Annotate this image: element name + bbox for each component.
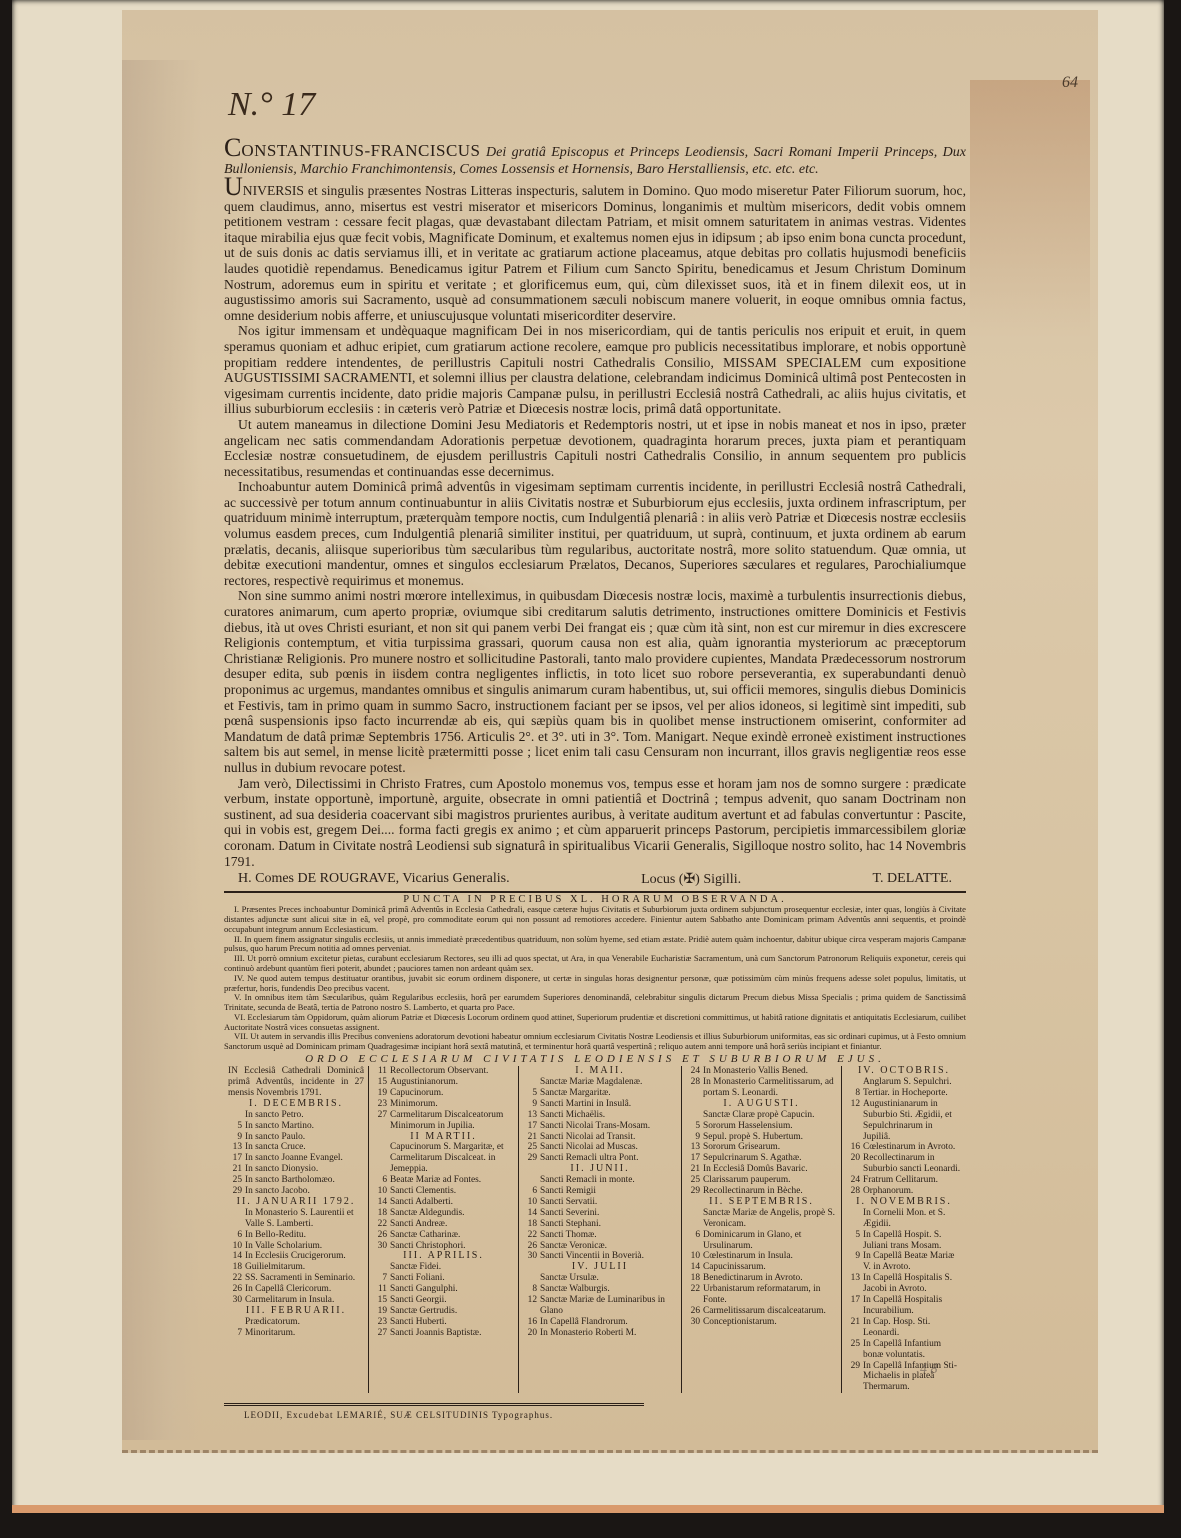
entry-church: In Monasterio Roberti M.: [540, 1328, 677, 1339]
church-entry: 25Clarissarum pauperum.: [686, 1175, 837, 1186]
church-entry: 21In sancto Dionysio.: [228, 1164, 364, 1175]
church-entry: 30Conceptionistarum.: [686, 1317, 837, 1328]
entry-day: 17: [846, 1295, 863, 1317]
entry-day: 27: [373, 1110, 390, 1132]
church-entry: In Cornelii Mon. et S. Ægidii.: [846, 1208, 962, 1230]
handwritten-number: N.° 17: [228, 86, 315, 124]
entry-church: In sancto Dionysio.: [245, 1164, 364, 1175]
entry-day: 10: [686, 1251, 703, 1262]
church-entry: Sanctæ Fidei.: [373, 1262, 514, 1273]
entry-day: 21: [523, 1132, 540, 1143]
month-heading: III. FEBRUARII.: [228, 1306, 364, 1317]
church-entry: 17In Capellâ Hospitalis Incurabilium.: [846, 1295, 962, 1317]
church-entry: 18Sanctæ Aldegundis.: [373, 1208, 514, 1219]
imprint: LEODII, Excudebat LEMARIÉ, SUÆ CELSITUDI…: [244, 1410, 966, 1420]
entry-church: Augustinianarum in Suburbio Sti. Ægidii,…: [863, 1099, 962, 1143]
church-entry: 18Sancti Stephani.: [523, 1219, 677, 1230]
church-entry: 6Sancti Remigii: [523, 1186, 677, 1197]
church-entry: 5In sancto Martino.: [228, 1121, 364, 1132]
entry-day: 29: [846, 1361, 863, 1394]
entry-church: Sancti Martini in Insulâ.: [540, 1099, 677, 1110]
puncta-item: I. Præsentes Preces inchoabuntur Dominic…: [224, 905, 966, 934]
entry-day: 9: [523, 1099, 540, 1110]
entry-day: 9: [228, 1132, 245, 1143]
church-entry: 5Sanctæ Margaritæ.: [523, 1088, 677, 1099]
entry-church: In Capellâ Infantium bonæ voluntatis.: [863, 1339, 962, 1361]
church-entry: Sanctæ Mariæ de Angelis, propè S. Veroni…: [686, 1208, 837, 1230]
entry-church: Sancti Michaëlis.: [540, 1110, 677, 1121]
entry-church: Recollectorum Observant.: [390, 1066, 514, 1077]
entry-day: 30: [523, 1251, 540, 1262]
entry-church: Minoritarum.: [245, 1328, 364, 1339]
entry-church: Capucinissarum.: [703, 1262, 837, 1273]
entry-day: [686, 1208, 703, 1230]
entry-church: Sanctæ Gertrudis.: [390, 1306, 514, 1317]
entry-church: Sancti Huberti.: [390, 1317, 514, 1328]
puncta-item: IV. Ne quod autem tempus destituatur ora…: [224, 974, 966, 994]
entry-day: 25: [228, 1175, 245, 1186]
church-entry: 15Sancti Georgii.: [373, 1295, 514, 1306]
body-paragraph: Inchoabuntur autem Dominicâ primâ advent…: [224, 479, 966, 588]
entry-day: 11: [373, 1284, 390, 1295]
entry-church: Sanctæ Catharinæ.: [390, 1230, 514, 1241]
body-paragraph: Ut autem maneamus in dilectione Domini J…: [224, 417, 966, 479]
entry-day: 15: [373, 1077, 390, 1088]
church-entry: 26Sanctæ Catharinæ.: [373, 1230, 514, 1241]
entry-church: Sanctæ Mariæ de Angelis, propè S. Veroni…: [703, 1208, 837, 1230]
entry-church: In Cornelii Mon. et S. Ægidii.: [863, 1208, 962, 1230]
entry-church: Carmelitarum Discalceatorum Minimorum in…: [390, 1110, 514, 1132]
church-entry: 23Minimorum.: [373, 1099, 514, 1110]
church-entry: 22SS. Sacramenti in Seminario.: [228, 1273, 364, 1284]
entry-church: Sancti Remacli in monte.: [540, 1175, 677, 1186]
entry-day: 8: [523, 1284, 540, 1295]
entry-church: Sancti Servatii.: [540, 1197, 677, 1208]
entry-church: Sororum Grisearum.: [703, 1142, 837, 1153]
entry-day: 26: [228, 1284, 245, 1295]
church-entry: 13Sororum Grisearum.: [686, 1142, 837, 1153]
entry-day: 20: [846, 1153, 863, 1175]
entry-church: Sanctæ Mariæ de Luminaribus in Glano: [540, 1295, 677, 1317]
church-entry: Capucinorum S. Margaritæ, et Carmelitaru…: [373, 1142, 514, 1175]
church-entry: 26In Capellâ Clericorum.: [228, 1284, 364, 1295]
entry-church: Prædicatorum.: [245, 1317, 364, 1328]
church-entry: 11Sancti Gangulphi.: [373, 1284, 514, 1295]
page-number: 64: [1062, 74, 1078, 92]
ordo-column: IN Ecclesiâ Cathedrali Dominicâ primâ Ad…: [224, 1066, 369, 1393]
entry-church: Sanctæ Mariæ Magdalenæ.: [540, 1077, 677, 1088]
body-paragraph: Non sine summo animi nostri mœrore intel…: [224, 588, 966, 775]
entry-church: Capucinorum.: [390, 1088, 514, 1099]
entry-church: In sancto Martino.: [245, 1121, 364, 1132]
body-text: UNIVERSIS et singulis præsentes Nostras …: [224, 182, 966, 869]
entry-church: Sanctæ Aldegundis.: [390, 1208, 514, 1219]
church-entry: 9In Capellâ Beatæ Mariæ V. in Avroto.: [846, 1251, 962, 1273]
church-entry: 10Cœlestinarum in Insula.: [686, 1251, 837, 1262]
entry-church: Sancti Nicolai ad Transit.: [540, 1132, 677, 1143]
entry-church: In Capellâ Beatæ Mariæ V. in Avroto.: [863, 1251, 962, 1273]
church-entry: Prædicatorum.: [228, 1317, 364, 1328]
church-entry: 20In Monasterio Roberti M.: [523, 1328, 677, 1339]
church-entry: 10In Valle Scholarium.: [228, 1241, 364, 1252]
church-entry: 25In Capellâ Infantium bonæ voluntatis.: [846, 1339, 962, 1361]
month-heading: I. AUGUSTI.: [686, 1099, 837, 1110]
entry-church: Sancti Andreæ.: [390, 1219, 514, 1230]
entry-day: 24: [686, 1066, 703, 1077]
entry-church: Sanctæ Claræ propè Capucin.: [703, 1110, 837, 1121]
church-entry: 12Sanctæ Mariæ de Luminaribus in Glano: [523, 1295, 677, 1317]
entry-church: Dominicarum in Glano, et Ursulinarum.: [703, 1230, 837, 1252]
entry-day: [523, 1273, 540, 1284]
church-entry: 10Sancti Clementis.: [373, 1186, 514, 1197]
church-entry: 24In Monasterio Vallis Bened.: [686, 1066, 837, 1077]
ordo-column: I. MAII.Sanctæ Mariæ Magdalenæ.5Sanctæ M…: [519, 1066, 682, 1393]
entry-day: 5: [523, 1088, 540, 1099]
entry-church: In Capellâ Clericorum.: [245, 1284, 364, 1295]
month-heading: III. APRILIS.: [373, 1251, 514, 1262]
church-entry: 11Recollectorum Observant.: [373, 1066, 514, 1077]
divider-rule: [224, 891, 966, 893]
church-entry: 21In Cap. Hosp. Sti. Leonardi.: [846, 1317, 962, 1339]
entry-day: 20: [523, 1328, 540, 1339]
entry-day: 30: [373, 1241, 390, 1252]
entry-church: In Capellâ Hospitalis S. Jacobi in Avrot…: [863, 1273, 962, 1295]
entry-day: 22: [373, 1219, 390, 1230]
church-entry: 13In sancta Cruce.: [228, 1142, 364, 1153]
church-entry: 26Carmelitissarum discalceatarum.: [686, 1306, 837, 1317]
entry-day: 12: [523, 1295, 540, 1317]
church-entry: 13In Capellâ Hospitalis S. Jacobi in Avr…: [846, 1273, 962, 1295]
church-entry: 21In Ecclesiâ Domûs Bavaric.: [686, 1164, 837, 1175]
entry-day: 18: [523, 1219, 540, 1230]
church-entry: 18Guilielmitarum.: [228, 1262, 364, 1273]
church-entry: 22Sancti Andreæ.: [373, 1219, 514, 1230]
entry-day: 18: [373, 1208, 390, 1219]
entry-church: In sancto Bartholomæo.: [245, 1175, 364, 1186]
church-entry: 22Sancti Thomæ.: [523, 1230, 677, 1241]
drop-initial: U: [224, 172, 243, 201]
ordo-intro: IN Ecclesiâ Cathedrali Dominicâ primâ Ad…: [228, 1066, 364, 1099]
church-entry: 23Sancti Huberti.: [373, 1317, 514, 1328]
entry-church: Beatæ Mariæ ad Fontes.: [390, 1175, 514, 1186]
church-entry: 17Sepulcrinarum S. Agathæ.: [686, 1153, 837, 1164]
entry-church: In Ecclesiis Crucigerorum.: [245, 1251, 364, 1262]
entry-church: Sanctæ Fidei.: [390, 1262, 514, 1273]
church-entry: 19Sanctæ Gertrudis.: [373, 1306, 514, 1317]
entry-day: 25: [686, 1175, 703, 1186]
church-entry: 26Sanctæ Veronicæ.: [523, 1241, 677, 1252]
church-entry: Sanctæ Mariæ Magdalenæ.: [523, 1077, 677, 1088]
entry-day: 15: [373, 1295, 390, 1306]
entry-church: Sororum Hasselensium.: [703, 1121, 837, 1132]
entry-day: 9: [686, 1132, 703, 1143]
entry-church: Sancti Gangulphi.: [390, 1284, 514, 1295]
entry-church: Sanctæ Walburgis.: [540, 1284, 677, 1295]
entry-day: 6: [523, 1186, 540, 1197]
ordo-schedule: IN Ecclesiâ Cathedrali Dominicâ primâ Ad…: [224, 1066, 966, 1393]
entry-day: 22: [228, 1273, 245, 1284]
puncta-item: VI. Ecclesiarum tàm Oppidorum, quàm alio…: [224, 1013, 966, 1033]
entry-day: 21: [228, 1164, 245, 1175]
body-paragraph: Nos igitur immensam et undèquaque magnif…: [224, 323, 966, 417]
entry-church: Sepulcrinarum S. Agathæ.: [703, 1153, 837, 1164]
ordo-column: 24In Monasterio Vallis Bened.28In Monast…: [682, 1066, 842, 1393]
entry-church: SS. Sacramenti in Seminario.: [245, 1273, 364, 1284]
church-entry: 19Capucinorum.: [373, 1088, 514, 1099]
church-entry: 7Sancti Foliani.: [373, 1273, 514, 1284]
entry-day: 7: [228, 1328, 245, 1339]
church-entry: 17Sancti Nicolai Trans-Mosam.: [523, 1121, 677, 1132]
entry-day: 18: [228, 1262, 245, 1273]
entry-day: 23: [373, 1317, 390, 1328]
entry-church: Sancti Severini.: [540, 1208, 677, 1219]
entry-church: In Cap. Hosp. Sti. Leonardi.: [863, 1317, 962, 1339]
signature-secretary: T. DELATTE.: [873, 871, 952, 888]
entry-day: 17: [686, 1153, 703, 1164]
heading: CONSTANTINUS-FRANCISCUS Dei gratiâ Episc…: [224, 140, 966, 178]
entry-church: Minimorum.: [390, 1099, 514, 1110]
entry-day: 13: [846, 1273, 863, 1295]
church-entry: 27Sancti Joannis Baptistæ.: [373, 1328, 514, 1339]
entry-day: 27: [373, 1328, 390, 1339]
entry-church: Sanctæ Margaritæ.: [540, 1088, 677, 1099]
entry-church: In Capellâ Hospit. S. Juliani trans Mosa…: [863, 1230, 962, 1252]
entry-church: Sepul. propè S. Hubertum.: [703, 1132, 837, 1143]
entry-day: 13: [228, 1142, 245, 1153]
church-entry: In Monasterio S. Laurentii et Valle S. L…: [228, 1208, 364, 1230]
entry-day: 11: [373, 1066, 390, 1077]
entry-church: Sancti Nicolai Trans-Mosam.: [540, 1121, 677, 1132]
entry-day: [373, 1262, 390, 1273]
heading-initial: C: [224, 133, 241, 162]
church-entry: 25In sancto Bartholomæo.: [228, 1175, 364, 1186]
entry-day: 23: [373, 1099, 390, 1110]
entry-church: Urbanistarum reformatarum, in Fonte.: [703, 1284, 837, 1306]
church-entry: 20Recollectinarum in Suburbio sancti Leo…: [846, 1153, 962, 1175]
entry-day: 18: [686, 1273, 703, 1284]
entry-day: 14: [686, 1262, 703, 1273]
entry-church: In Capellâ Hospitalis Incurabilium.: [863, 1295, 962, 1317]
entry-church: Fratrum Cellitarum.: [863, 1175, 962, 1186]
entry-church: Sanctæ Ursulæ.: [540, 1273, 677, 1284]
church-entry: 5In Capellâ Hospit. S. Juliani trans Mos…: [846, 1230, 962, 1252]
church-entry: 24Fratrum Cellitarum.: [846, 1175, 962, 1186]
church-entry: 21Sancti Nicolai ad Transit.: [523, 1132, 677, 1143]
entry-day: 26: [373, 1230, 390, 1241]
entry-day: 14: [523, 1208, 540, 1219]
month-heading: IV. JULII: [523, 1262, 677, 1273]
church-entry: Sancti Remacli in monte.: [523, 1175, 677, 1186]
entry-day: 25: [846, 1339, 863, 1361]
puncta-item: III. Ut porrò omnium excitetur pietas, c…: [224, 954, 966, 974]
church-entry: 12Augustinianarum in Suburbio Sti. Ægidi…: [846, 1099, 962, 1143]
entry-church: In Monasterio Vallis Bened.: [703, 1066, 837, 1077]
entry-church: Sancti Foliani.: [390, 1273, 514, 1284]
entry-day: [686, 1110, 703, 1121]
entry-church: Guilielmitarum.: [245, 1262, 364, 1273]
entry-day: [228, 1110, 245, 1121]
church-entry: 14Sancti Severini.: [523, 1208, 677, 1219]
entry-day: 5: [846, 1230, 863, 1252]
entry-day: 10: [523, 1197, 540, 1208]
puncta-item: VII. Ut autem in servandis illis Precibu…: [224, 1032, 966, 1052]
entry-day: 22: [686, 1284, 703, 1306]
entry-church: Carmelitissarum discalceatarum.: [703, 1306, 837, 1317]
entry-day: 17: [228, 1153, 245, 1164]
entry-day: 14: [228, 1251, 245, 1262]
month-heading: IV. OCTOBRIS.: [846, 1066, 962, 1077]
church-entry: 8Tertiar. in Hocheporte.: [846, 1088, 962, 1099]
church-entry: 6Beatæ Mariæ ad Fontes.: [373, 1175, 514, 1186]
month-heading: II. JUNII.: [523, 1164, 677, 1175]
entry-day: [228, 1208, 245, 1230]
entry-church: Sancti Nicolai ad Muscas.: [540, 1142, 677, 1153]
entry-day: 5: [228, 1121, 245, 1132]
church-entry: 29In Capellâ Infantium Sti- Michaelis in…: [846, 1361, 962, 1394]
edge-stain: [970, 80, 1090, 340]
entry-day: 5: [686, 1121, 703, 1132]
entry-church: Benedictinarum in Avroto.: [703, 1273, 837, 1284]
entry-church: In Bello-Reditu.: [245, 1230, 364, 1241]
entry-church: In Monasterio S. Laurentii et Valle S. L…: [245, 1208, 364, 1230]
entry-church: In sancto Joanne Evangel.: [245, 1153, 364, 1164]
entry-day: 13: [523, 1110, 540, 1121]
church-entry: 14Sancti Adalberti.: [373, 1197, 514, 1208]
entry-day: 22: [523, 1230, 540, 1241]
entry-church: Anglarum S. Sepulchri.: [863, 1077, 962, 1088]
church-entry: 25Sancti Nicolai ad Muscas.: [523, 1142, 677, 1153]
entry-church: Cœlestinarum in Avroto.: [863, 1142, 962, 1153]
church-entry: 13Sancti Michaëlis.: [523, 1110, 677, 1121]
church-entry: 6Dominicarum in Glano, et Ursulinarum.: [686, 1230, 837, 1252]
entry-day: [846, 1077, 863, 1088]
church-entry: 14In Ecclesiis Crucigerorum.: [228, 1251, 364, 1262]
entry-church: Recollectinarum in Suburbio sancti Leona…: [863, 1153, 962, 1175]
entry-day: [523, 1077, 540, 1088]
entry-day: 30: [228, 1295, 245, 1306]
mandate-document: CONSTANTINUS-FRANCISCUS Dei gratiâ Episc…: [224, 140, 966, 1420]
entry-church: Augustinianorum.: [390, 1077, 514, 1088]
entry-day: 6: [228, 1230, 245, 1241]
entry-church: Sanctæ Veronicæ.: [540, 1241, 677, 1252]
entry-day: 21: [686, 1164, 703, 1175]
signature-line: H. Comes DE ROUGRAVE, Vicarius Generalis…: [238, 871, 952, 888]
entry-church: Sancti Stephani.: [540, 1219, 677, 1230]
entry-day: 9: [846, 1251, 863, 1273]
entry-day: 30: [686, 1317, 703, 1328]
entry-day: 7: [373, 1273, 390, 1284]
entry-church: In sancto Petro.: [245, 1110, 364, 1121]
entry-day: 12: [846, 1099, 863, 1143]
church-entry: 16In Capellâ Flandrorum.: [523, 1317, 677, 1328]
church-entry: Anglarum S. Sepulchri.: [846, 1077, 962, 1088]
entry-church: Sancti Clementis.: [390, 1186, 514, 1197]
entry-church: Sancti Thomæ.: [540, 1230, 677, 1241]
entry-church: Conceptionistarum.: [703, 1317, 837, 1328]
month-heading: I. DECEMBRIS.: [228, 1099, 364, 1110]
church-entry: 9Sancti Martini in Insulâ.: [523, 1099, 677, 1110]
church-entry: 6In Bello-Reditu.: [228, 1230, 364, 1241]
entry-day: 29: [686, 1186, 703, 1197]
entry-day: 6: [686, 1230, 703, 1252]
entry-day: 17: [523, 1121, 540, 1132]
entry-day: 19: [373, 1088, 390, 1099]
entry-church: Capucinorum S. Margaritæ, et Carmelitaru…: [390, 1142, 514, 1175]
entry-church: Tertiar. in Hocheporte.: [863, 1088, 962, 1099]
church-entry: 27Carmelitarum Discalceatorum Minimorum …: [373, 1110, 514, 1132]
ordo-title: ORDO ECCLESIARUM CIVITATIS LEODIENSIS ET…: [224, 1053, 966, 1065]
entry-church: Sancti Georgii.: [390, 1295, 514, 1306]
ordo-column: 11Recollectorum Observant.15Augustiniano…: [369, 1066, 519, 1393]
church-entry: Sanctæ Claræ propè Capucin.: [686, 1110, 837, 1121]
signature-vicar: H. Comes DE ROUGRAVE, Vicarius Generalis…: [238, 871, 510, 888]
entry-day: 26: [523, 1241, 540, 1252]
entry-church: In Capellâ Flandrorum.: [540, 1317, 677, 1328]
church-entry: Sanctæ Ursulæ.: [523, 1273, 677, 1284]
entry-day: 21: [846, 1317, 863, 1339]
entry-day: 29: [523, 1153, 540, 1164]
puncta-item: V. In omnibus item tàm Sæcularibus, quàm…: [224, 993, 966, 1013]
entry-day: 28: [686, 1077, 703, 1099]
church-entry: 9Sepul. propè S. Hubertum.: [686, 1132, 837, 1143]
church-entry: 22Urbanistarum reformatarum, in Fonte.: [686, 1284, 837, 1306]
entry-church: In sancta Cruce.: [245, 1142, 364, 1153]
entry-day: 14: [373, 1197, 390, 1208]
entry-day: 25: [523, 1142, 540, 1153]
entry-day: [373, 1142, 390, 1175]
body-paragraph: Jam verò, Dilectissimi in Christo Fratre…: [224, 776, 966, 870]
entry-day: 10: [373, 1186, 390, 1197]
bishop-name: ONSTANTINUS-FRANCISCUS: [241, 141, 480, 160]
entry-church: Sancti Adalberti.: [390, 1197, 514, 1208]
entry-church: In Valle Scholarium.: [245, 1241, 364, 1252]
imprint-rule: [224, 1403, 644, 1406]
church-entry: 5Sororum Hasselensium.: [686, 1121, 837, 1132]
entry-day: 16: [523, 1317, 540, 1328]
entry-church: In Monasterio Carmelitissarum, ad portam…: [703, 1077, 837, 1099]
entry-church: In sancto Paulo.: [245, 1132, 364, 1143]
church-entry: 7Minoritarum.: [228, 1328, 364, 1339]
church-entry: 18Benedictinarum in Avroto.: [686, 1273, 837, 1284]
entry-day: [846, 1208, 863, 1230]
entry-church: In Ecclesiâ Domûs Bavaric.: [703, 1164, 837, 1175]
entry-church: In Capellâ Infantium Sti- Michaelis in p…: [863, 1361, 962, 1394]
church-entry: 15Augustinianorum.: [373, 1077, 514, 1088]
church-entry: 8Sanctæ Walburgis.: [523, 1284, 677, 1295]
mount-bottom-edge: [12, 1505, 1164, 1513]
church-entry: 10Sancti Servatii.: [523, 1197, 677, 1208]
entry-day: 13: [686, 1142, 703, 1153]
month-heading: II. JANUARII 1792.: [228, 1197, 364, 1208]
entry-day: 10: [228, 1241, 245, 1252]
entry-day: 16: [846, 1142, 863, 1153]
church-entry: 17In sancto Joanne Evangel.: [228, 1153, 364, 1164]
ordo-column: IV. OCTOBRIS.Anglarum S. Sepulchri.8Tert…: [842, 1066, 966, 1393]
entry-church: Sancti Joannis Baptistæ.: [390, 1328, 514, 1339]
entry-church: Sancti Remigii: [540, 1186, 677, 1197]
entry-day: 6: [373, 1175, 390, 1186]
sheet-left-stain: [122, 60, 202, 1440]
seal-mark: Locus (✠) Sigilli.: [641, 871, 741, 888]
month-heading: I. MAII.: [523, 1066, 677, 1077]
entry-day: 26: [686, 1306, 703, 1317]
body-paragraph: UNIVERSIS et singulis præsentes Nostras …: [224, 182, 966, 323]
entry-day: [228, 1317, 245, 1328]
entry-day: 19: [373, 1306, 390, 1317]
church-entry: 9In sancto Paulo.: [228, 1132, 364, 1143]
puncta-item: II. In quem finem assignatur singulis ec…: [224, 935, 966, 955]
month-heading: II MARTII.: [373, 1132, 514, 1143]
